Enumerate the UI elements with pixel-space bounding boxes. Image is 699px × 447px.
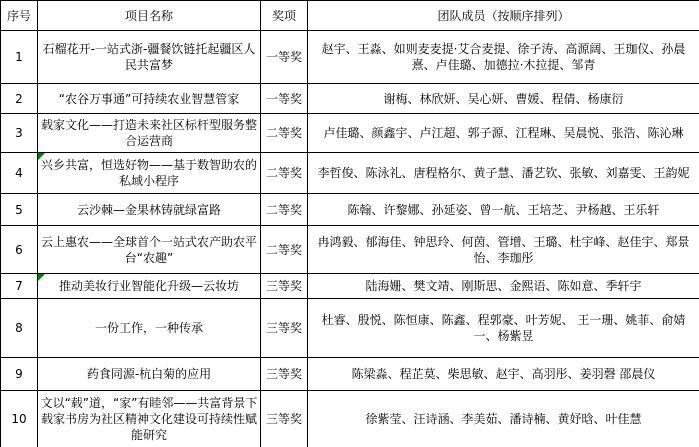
- cell-award[interactable]: 三等奖: [261, 299, 308, 358]
- cell-members[interactable]: 陆海姗、樊文靖、刚斯思、金熙语、陈如意、季轩宇: [308, 274, 699, 299]
- cell-award[interactable]: 一等奖: [261, 31, 308, 84]
- cell-members[interactable]: 杜睿、殷悦、陈恒康、陈鑫、程郭豪、叶芳妮、 王一珊、姚菲、俞婧一、杨紫昱: [308, 299, 699, 358]
- cell-no[interactable]: 10: [1, 391, 38, 447]
- cell-project[interactable]: 云上惠农——全球首个一站式农产助农平台“农趣”: [38, 226, 261, 274]
- cell-award[interactable]: 三等奖: [261, 391, 308, 447]
- cell-error-marker-icon: [38, 153, 45, 160]
- cell-members[interactable]: 徐紫莹、汪诗涵、李美茹、潘诗楠、黄妤晗、叶佳慧: [308, 391, 699, 447]
- cell-no[interactable]: 5: [1, 194, 38, 226]
- header-project[interactable]: 项目名称: [38, 1, 261, 31]
- cell-error-marker-icon: [38, 274, 45, 281]
- cell-members[interactable]: 冉鸿毅、郁海佳、钟思玲、何茵、管增、王璐、杜宇峰、赵佳宇、郑景怡、李珈彤: [308, 226, 699, 274]
- cell-project-text: 兴乡共富，恒选好物——基于数智助农的私域小程序: [41, 158, 257, 188]
- cell-members[interactable]: 陈翰、许黎娜、孙延姿、曾一航、王培芝、尹杨越、王乐轩: [308, 194, 699, 226]
- cell-project[interactable]: 药食同源-杭白菊的应用: [38, 358, 261, 391]
- cell-project[interactable]: 载家文化——打造未来社区标杆型服务整合运营商: [38, 114, 261, 153]
- cell-no[interactable]: 6: [1, 226, 38, 274]
- header-award[interactable]: 奖项: [261, 1, 308, 31]
- cell-no[interactable]: 8: [1, 299, 38, 358]
- cell-project[interactable]: 云沙棘—金果林铸就绿富路: [38, 194, 261, 226]
- header-no[interactable]: 序号: [1, 1, 38, 31]
- table-row: 1 石榴花开-一站式浙-疆餐饮链托起疆区人民共富梦 一等奖 赵宇、王淼、如则麦麦…: [1, 31, 699, 84]
- cell-project[interactable]: 一份工作，一种传承: [38, 299, 261, 358]
- cell-award[interactable]: 二等奖: [261, 114, 308, 153]
- cell-award[interactable]: 三等奖: [261, 274, 308, 299]
- header-row: 序号 项目名称 奖项 团队成员（按顺序排列）: [1, 1, 699, 31]
- table-row: 4 兴乡共富，恒选好物——基于数智助农的私域小程序 二等奖 李哲俊、陈泳礼、唐程…: [1, 153, 699, 194]
- table-row: 2 “农谷万事通”可持续农业智慧管家 一等奖 谢梅、林欣妍、吴心妍、曹媛、程倩、…: [1, 84, 699, 114]
- table-row: 3 载家文化——打造未来社区标杆型服务整合运营商 二等奖 卢佳璐、颜鑫宇、卢江超…: [1, 114, 699, 153]
- table-row: 6 云上惠农——全球首个一站式农产助农平台“农趣” 二等奖 冉鸿毅、郁海佳、钟思…: [1, 226, 699, 274]
- cell-no[interactable]: 4: [1, 153, 38, 194]
- cell-members[interactable]: 李哲俊、陈泳礼、唐程格尔、黄子慧、潘艺钦、张敏、刘嘉雯、王韵妮: [308, 153, 699, 194]
- award-table: 序号 项目名称 奖项 团队成员（按顺序排列） 1 石榴花开-一站式浙-疆餐饮链托…: [0, 0, 699, 447]
- table-row: 7 推动美妆行业智能化升级—云妆坊 三等奖 陆海姗、樊文靖、刚斯思、金熙语、陈如…: [1, 274, 699, 299]
- header-members[interactable]: 团队成员（按顺序排列）: [308, 1, 699, 31]
- cell-award[interactable]: 一等奖: [261, 84, 308, 114]
- cell-members[interactable]: 卢佳璐、颜鑫宇、卢江超、郭子源、江程琳、吴晨悦、张浩、陈沁琳: [308, 114, 699, 153]
- cell-no[interactable]: 3: [1, 114, 38, 153]
- cell-no[interactable]: 2: [1, 84, 38, 114]
- cell-no[interactable]: 1: [1, 31, 38, 84]
- cell-project-text: 推动美妆行业智能化升级—云妆坊: [59, 279, 239, 293]
- cell-members[interactable]: 赵宇、王淼、如则麦麦提·艾合麦提、徐子涛、高源阔、王珈仪、孙晨熹、卢佳璐、加德拉…: [308, 31, 699, 84]
- table-row: 8 一份工作，一种传承 三等奖 杜睿、殷悦、陈恒康、陈鑫、程郭豪、叶芳妮、 王一…: [1, 299, 699, 358]
- award-table-sheet: 序号 项目名称 奖项 团队成员（按顺序排列） 1 石榴花开-一站式浙-疆餐饮链托…: [0, 0, 699, 447]
- cell-award[interactable]: 二等奖: [261, 153, 308, 194]
- cell-members[interactable]: 陈梁淼、程芷莫、柴思敏、赵宇、高羽彤、姜羽磬 邵晨仪: [308, 358, 699, 391]
- cell-members[interactable]: 谢梅、林欣妍、吴心妍、曹媛、程倩、杨康衍: [308, 84, 699, 114]
- table-row: 10 文以“载”道，“家”有睦邻——共富背景下载家书房为社区精神文化建设可持续性…: [1, 391, 699, 447]
- cell-no[interactable]: 9: [1, 358, 38, 391]
- cell-project[interactable]: “农谷万事通”可持续农业智慧管家: [38, 84, 261, 114]
- cell-project[interactable]: 文以“载”道，“家”有睦邻——共富背景下载家书房为社区精神文化建设可持续性赋能研…: [38, 391, 261, 447]
- cell-award[interactable]: 三等奖: [261, 358, 308, 391]
- table-row: 5 云沙棘—金果林铸就绿富路 二等奖 陈翰、许黎娜、孙延姿、曾一航、王培芝、尹杨…: [1, 194, 699, 226]
- cell-project[interactable]: 石榴花开-一站式浙-疆餐饮链托起疆区人民共富梦: [38, 31, 261, 84]
- cell-project[interactable]: 推动美妆行业智能化升级—云妆坊: [38, 274, 261, 299]
- cell-project[interactable]: 兴乡共富，恒选好物——基于数智助农的私域小程序: [38, 153, 261, 194]
- table-row: 9 药食同源-杭白菊的应用 三等奖 陈梁淼、程芷莫、柴思敏、赵宇、高羽彤、姜羽磬…: [1, 358, 699, 391]
- cell-award[interactable]: 二等奖: [261, 194, 308, 226]
- cell-award[interactable]: 二等奖: [261, 226, 308, 274]
- cell-no[interactable]: 7: [1, 274, 38, 299]
